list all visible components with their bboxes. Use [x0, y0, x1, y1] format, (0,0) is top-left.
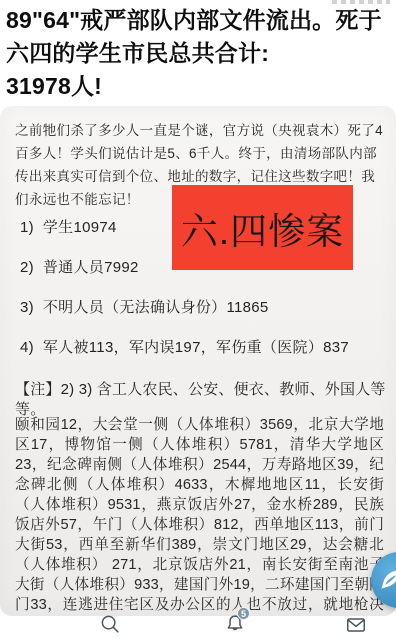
compose-feather-icon [377, 567, 396, 593]
messages-envelope-icon[interactable] [345, 614, 367, 636]
notification-badge: 5 [237, 607, 250, 620]
search-icon[interactable] [99, 613, 121, 635]
list-item: 2) 普通人员7992 [20, 258, 380, 278]
list-item: 3) 不明人员（无法确认身份）11865 [20, 298, 380, 318]
image-attachment[interactable]: 之前牠们杀了多少人一直是个谜，官方说（央视袁木）死了4百多人！学头们说估计是5、… [0, 106, 396, 616]
app-screen: 89"64"戒严部队内部文件流出。死于六四的学生市民总共合计: 31978人! … [0, 0, 396, 640]
note-line: 【注】2) 3) 含工人农民、公安、便衣、教师、外国人等等。 [15, 380, 389, 420]
list-item: 1) 学生10974 [20, 218, 380, 238]
tweet-text: 89"64"戒严部队内部文件流出。死于六四的学生市民总共合计: 31978人! [6, 4, 394, 103]
notifications-bell-icon[interactable]: 5 [224, 612, 246, 634]
detail-paragraph: 颐和园12，大会堂一侧（人体堆积）3569，北京大学地区17，博物馆一侧（人体堆… [15, 415, 384, 616]
casualty-list: 1) 学生10974 2) 普通人员7992 3) 不明人员（无法确认身份）11… [20, 218, 380, 378]
bottom-nav-bar: 5 [0, 616, 396, 640]
list-item: 4) 军人被113，军内误197，军伤重（医院）837 [20, 338, 380, 358]
cropped-status-artifact [332, 0, 390, 4]
